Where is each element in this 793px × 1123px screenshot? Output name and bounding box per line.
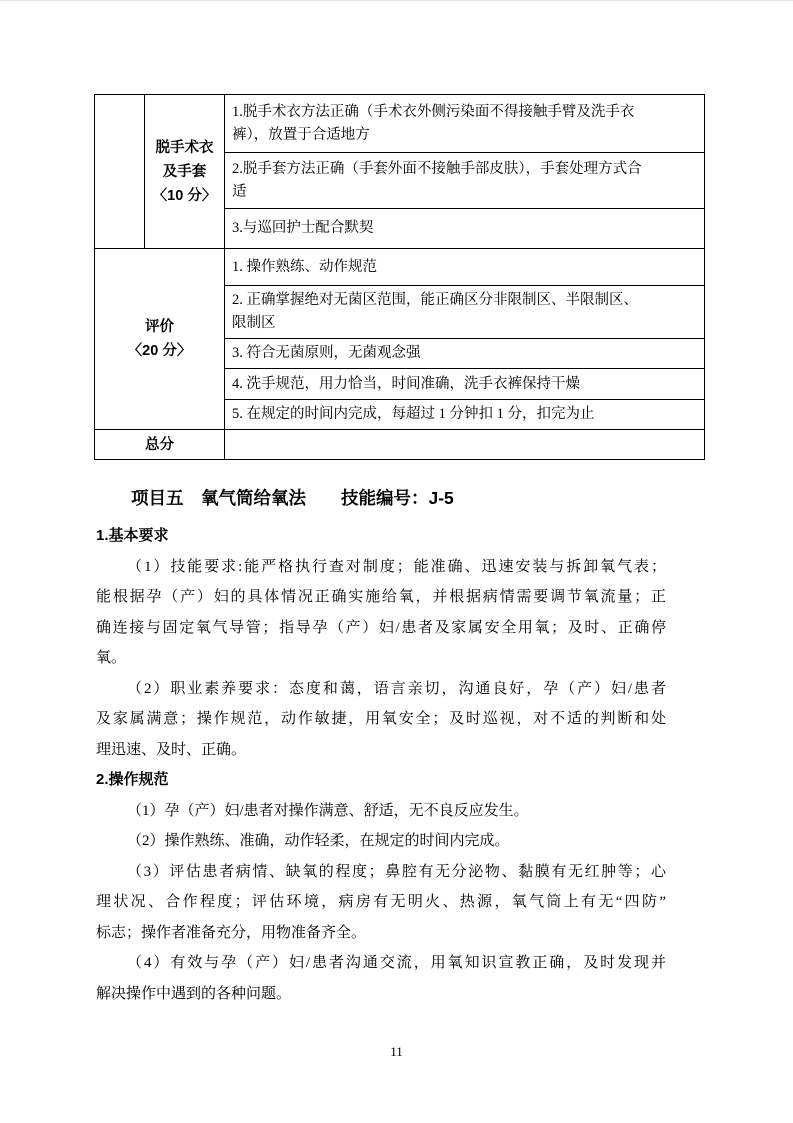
criteria-cell: 5. 在规定的时间内完成，每超过 1 分钟扣 1 分，扣完为止 <box>225 400 705 430</box>
subheading-basic-requirements: 1.基本要求 <box>96 521 666 552</box>
body-line: 氧。 <box>96 643 666 674</box>
criteria-cell: 3.与巡回护士配合默契 <box>225 209 705 249</box>
criteria-cell: 3. 符合无菌原则，无菌观念强 <box>225 339 705 369</box>
criteria-cell: 2. 正确掌握绝对无菌区范围，能正确区分非限制区、半限制区、 限制区 <box>225 286 705 339</box>
body-line: （1）技能要求:能严格执行查对制度；能准确、迅速安装与拆卸氧气表； <box>96 552 666 583</box>
body-line: 标志；操作者准备充分，用物准备齐全。 <box>96 918 666 949</box>
category-cell-empty <box>95 95 145 249</box>
subheading-operation-standard: 2.操作规范 <box>96 765 666 796</box>
page-number: 11 <box>0 1044 793 1060</box>
body-line: （4）有效与孕（产）妇/患者沟通交流，用氧知识宣教正确，及时发现并 <box>96 948 666 979</box>
body-line: 理状况、合作程度；评估环境，病房有无明火、热源，氧气筒上有无“四防” <box>96 887 666 918</box>
body-line: 能根据孕（产）妇的具体情况正确实施给氧，并根据病情需要调节氧流量；正 <box>96 582 666 613</box>
body-line: 及家属满意；操作规范，动作敏捷，用氧安全；及时巡视，对不适的判断和处 <box>96 704 666 735</box>
section-heading: 项目五 氧气筒给氧法 技能编号：J-5 <box>96 481 696 515</box>
criteria-cell: 1.脱手术衣方法正确（手术衣外侧污染面不得接触手臂及洗手衣 裤），放置于合适地方 <box>225 95 705 153</box>
body-line: （2）职业素养要求：态度和蔼，语言亲切，沟通良好，孕（产）妇/患者 <box>96 674 666 705</box>
criteria-cell: 4. 洗手规范，用力恰当，时间准确，洗手衣裤保持干燥 <box>225 369 705 400</box>
document-page: 脱手术衣 及手套 〈10 分〉 1.脱手术衣方法正确（手术衣外侧污染面不得接触手… <box>0 0 793 1123</box>
total-score-label: 总分 <box>95 430 225 460</box>
body-line: 解决操作中遇到的各种问题。 <box>96 979 666 1010</box>
body-line: （2）操作熟练、准确，动作轻柔，在规定的时间内完成。 <box>96 826 666 857</box>
criteria-cell: 1. 操作熟练、动作规范 <box>225 249 705 286</box>
item-label-remove-gown: 脱手术衣 及手套 〈10 分〉 <box>145 95 225 249</box>
body-text: 1.基本要求 （1）技能要求:能严格执行查对制度；能准确、迅速安装与拆卸氧气表；… <box>96 521 666 1009</box>
item-label-evaluation: 评价 〈20 分〉 <box>95 249 225 430</box>
body-line: （1）孕（产）妇/患者对操作满意、舒适，无不良反应发生。 <box>96 796 666 827</box>
body-line: 理迅速、及时、正确。 <box>96 735 666 766</box>
criteria-cell: 2.脱手套方法正确（手套外面不接触手部皮肤），手套处理方式合 适 <box>225 153 705 209</box>
body-line: 确连接与固定氧气导管；指导孕（产）妇/患者及家属安全用氧；及时、正确停 <box>96 613 666 644</box>
total-score-value-cell <box>225 430 705 460</box>
body-line: （3）评估患者病情、缺氧的程度；鼻腔有无分泌物、黏膜有无红肿等；心 <box>96 857 666 888</box>
score-table: 脱手术衣 及手套 〈10 分〉 1.脱手术衣方法正确（手术衣外侧污染面不得接触手… <box>94 94 705 460</box>
